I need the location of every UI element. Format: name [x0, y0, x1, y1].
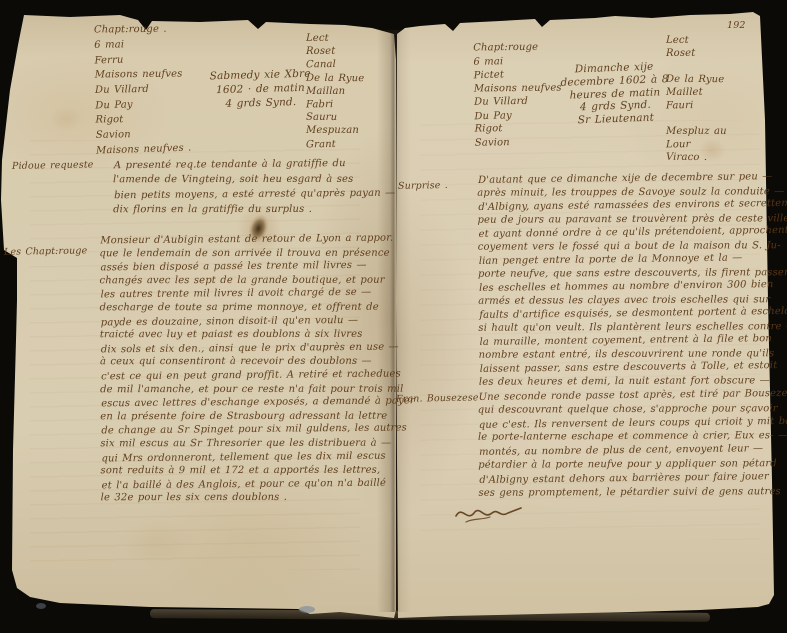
paragraph: A presenté req.te tendante à la gratiffi…	[113, 156, 385, 217]
text-line: ses gens promptement, le pétardier suivi…	[478, 485, 776, 500]
left-page-attendees-right-column: LectRosetCanalDe la RyueMaillanFabriSaur…	[306, 32, 364, 151]
margin-note: Pidoue requeste	[12, 159, 112, 172]
text-line: escus avec lettres d'eschange exposés, a…	[101, 395, 391, 411]
name-line: Maisons neufves	[95, 67, 191, 83]
name-line: Lour	[666, 138, 727, 152]
right-page-session-heading: Dimanche xijedecembre 1602 à 8heures de …	[544, 60, 686, 129]
paragraph: Une seconde ronde passe tost après, est …	[478, 388, 777, 501]
text-line: le 32e pour les six cens doublons .	[101, 491, 391, 505]
text-line: l'amende de Vingteing, soit heu esgard à…	[113, 172, 385, 187]
name-line: Mespuzan	[306, 124, 364, 137]
text-line: six mil escus au Sr Thresorier que les d…	[100, 437, 390, 451]
text-line: les deux heures et demi, la nuit estant …	[479, 374, 777, 389]
name-line: Grant	[306, 137, 365, 151]
name-line	[666, 112, 727, 125]
text-line: dix florins en la gratiffie du surplus .	[113, 202, 385, 217]
name-line: Rigot	[95, 111, 191, 127]
name-line: Chapt:rouge	[473, 41, 561, 55]
name-line: Sauru	[306, 111, 364, 125]
text-line: bien petits moyens, a esté arresté qu'ap…	[114, 186, 386, 204]
margin-note: Les Chapt:rouge	[4, 245, 104, 258]
name-line	[666, 60, 727, 74]
text-line: traicté avec luy et paiast es doublons à…	[100, 328, 390, 342]
paragraph: Monsieur d'Aubigin estant de retour de L…	[99, 232, 390, 505]
paragraph: D'autant que ce dimanche xije de decembr…	[477, 171, 777, 390]
name-line: Viraco .	[666, 151, 727, 164]
folio-number: 192	[727, 20, 746, 31]
name-line: Lect	[666, 34, 727, 47]
text-line: Monsieur d'Aubigin estant de retour de L…	[100, 232, 390, 248]
closing-flourish-mark	[452, 500, 524, 526]
name-line: Mespluz au	[666, 125, 727, 138]
name-line: Maillan	[306, 85, 364, 98]
name-line: De la Ryue	[306, 71, 364, 85]
name-line: Chapt:rouge .	[94, 22, 190, 38]
name-line: Maillet	[666, 86, 727, 99]
name-line: Savion	[475, 135, 563, 150]
right-page-attendees-right-column: LectRoset De la RyueMailletFauri Mespluz…	[666, 34, 727, 164]
name-line: Maisons neufves .	[96, 140, 192, 158]
name-line: Roset	[306, 45, 364, 58]
text-line: sont reduits à 9 mil et 172 et a apporté…	[101, 464, 391, 478]
text-line: c'est ce qui en peut grand proffit. A re…	[101, 368, 391, 384]
left-page-attendees-left-column: Chapt:rouge .6 maiFerruMaisons neufvesDu…	[94, 21, 192, 158]
text-line: assés bien disposé a passé les trente mi…	[100, 259, 390, 275]
name-line: Roset	[666, 47, 727, 60]
name-line: Fabri	[306, 98, 365, 112]
edge-wear-spot	[36, 603, 46, 609]
name-line: Lect	[306, 32, 364, 46]
manuscript-photo: Chapt:rouge .6 maiFerruMaisons neufvesDu…	[0, 0, 787, 633]
name-line: Fauri	[666, 99, 727, 113]
text-line: A presenté req.te tendante à la gratiffi…	[114, 156, 386, 174]
name-line: Canal	[306, 58, 365, 72]
text-line: descharge de toute sa prime monnoye, et …	[100, 301, 390, 315]
name-line: De la Ryue	[666, 73, 727, 86]
